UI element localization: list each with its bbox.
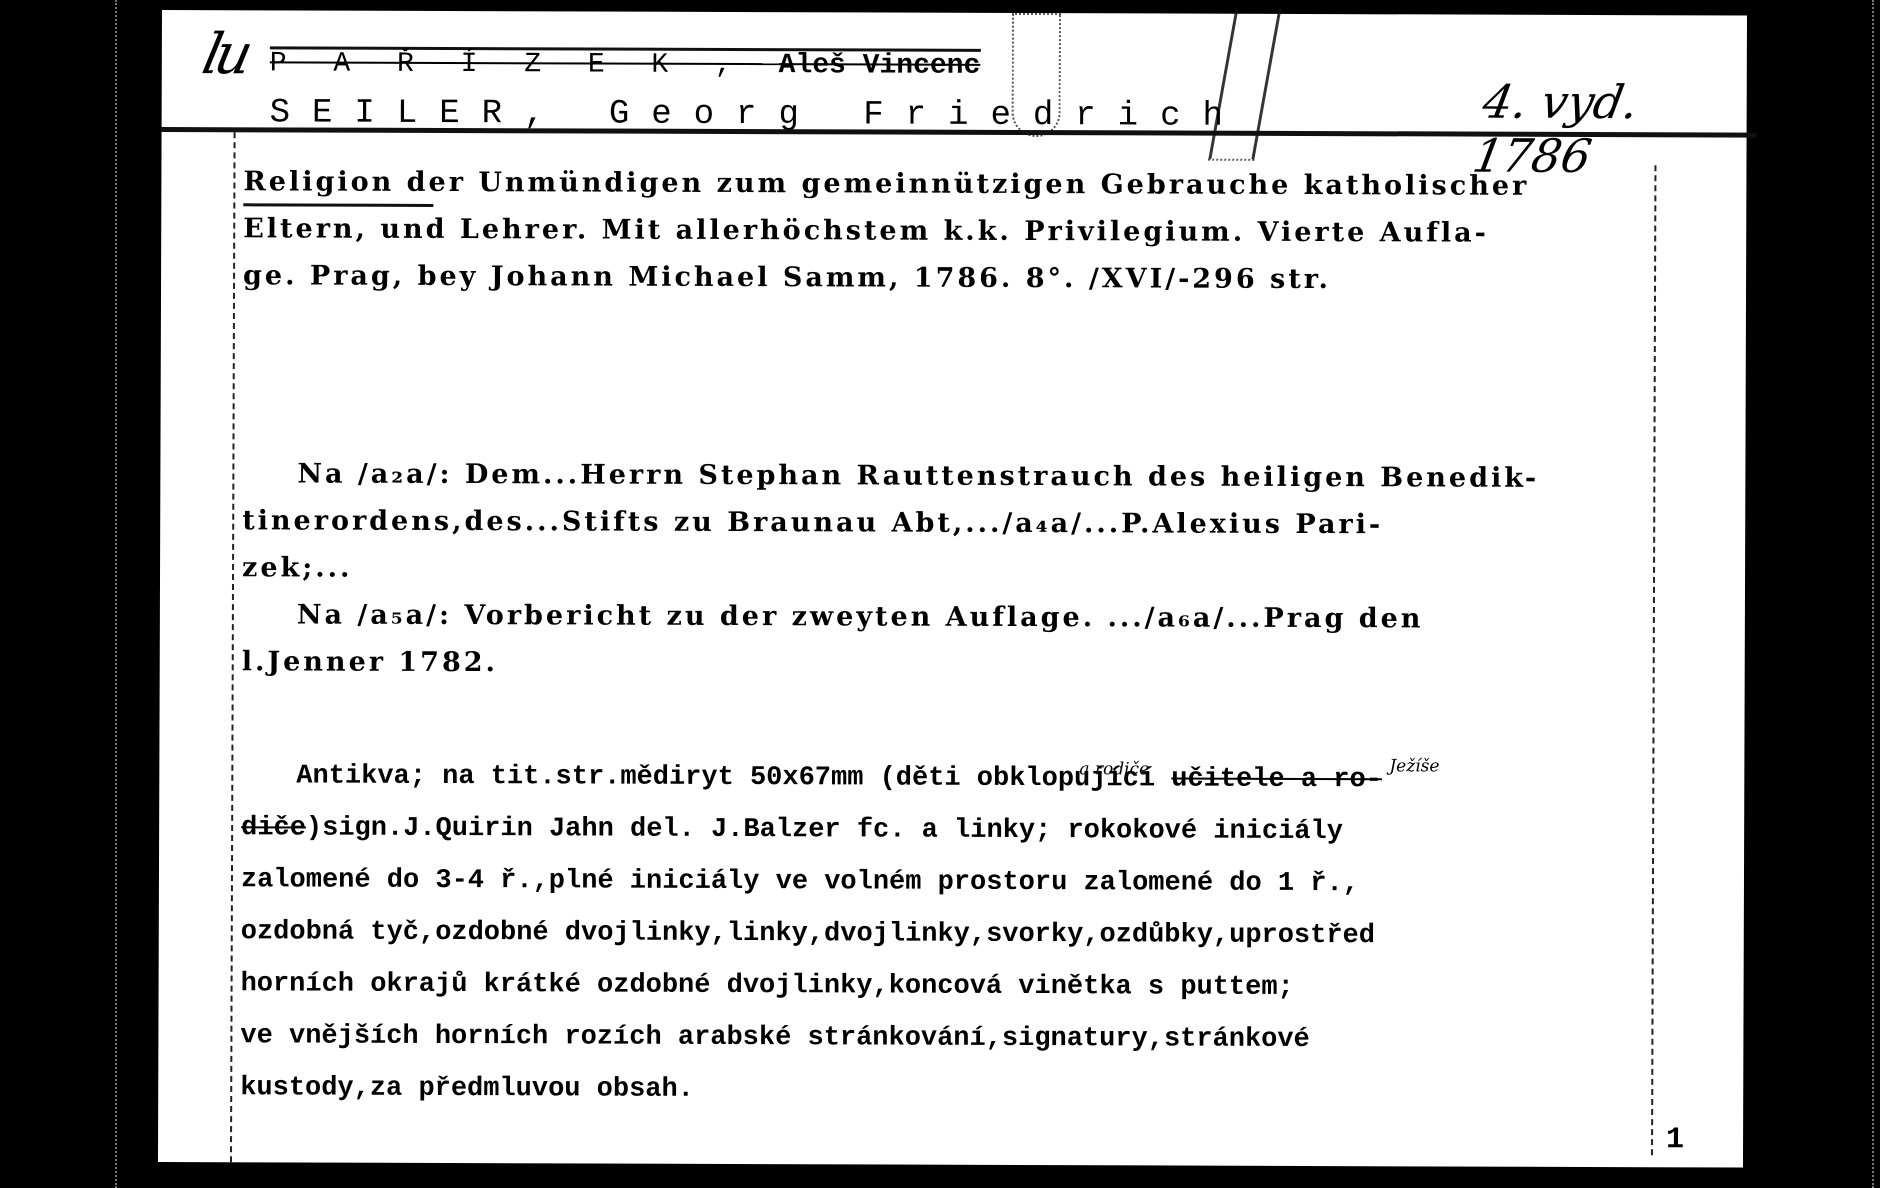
description-line: kustody,za předmluvou obsah. bbox=[240, 1062, 1640, 1119]
film-edge-marks bbox=[115, 0, 119, 1188]
note-line: zek;... bbox=[242, 544, 1642, 596]
description-line: ve vnějších horních rozích arabské strán… bbox=[240, 1010, 1640, 1067]
title-line: Religion der Unmündigen zum gemeinnützig… bbox=[243, 158, 1643, 210]
note-line: tinerordens,des...Stifts zu Braunau Abt,… bbox=[242, 497, 1642, 549]
note-line: l.Jenner 1782. bbox=[242, 638, 1642, 690]
description-line: Antikva; na tit.str.mědiryt 50x67mm (dět… bbox=[241, 750, 1641, 807]
description-line: horních okrajů krátké ozdobné dvojlinky,… bbox=[241, 958, 1641, 1015]
struck-text: diče bbox=[241, 813, 306, 843]
note-line: Na /a₂a/: Dem...Herrn Stephan Rauttenstr… bbox=[242, 450, 1642, 502]
film-edge-marks bbox=[1872, 0, 1876, 1188]
catalog-card: lu P A Ř Í Z E K , Aleš Vincenc SEILER, … bbox=[158, 10, 1747, 1168]
description-line: diče)sign.J.Quirin Jahn del. J.Balzer fc… bbox=[241, 802, 1641, 859]
paperclip-icon bbox=[1208, 9, 1281, 161]
description-line: ozdobná tyč,ozdobné dvojlinky,linky,dvoj… bbox=[241, 906, 1641, 963]
description-text: Antikva; na tit.str.mědiryt 50x67mm (dět… bbox=[296, 761, 1171, 794]
right-margin-line bbox=[1651, 165, 1656, 1155]
card-number: 1 bbox=[1666, 1123, 1684, 1157]
left-margin-line bbox=[230, 132, 236, 1162]
description-text: )sign.J.Quirin Jahn del. J.Balzer fc. a … bbox=[306, 814, 1343, 848]
title-line: Eltern, und Lehrer. Mit allerhöchstem k.… bbox=[243, 205, 1643, 257]
physical-description: Antikva; na tit.str.mědiryt 50x67mm (dět… bbox=[240, 750, 1641, 1119]
struck-author-name: P A Ř Í Z E K , Aleš Vincenc bbox=[270, 46, 981, 81]
handwritten-prefix-mark: lu bbox=[197, 22, 253, 87]
struck-given-name: Aleš Vincenc bbox=[779, 50, 981, 82]
struck-surname: P A Ř Í Z E K , bbox=[270, 48, 747, 81]
title-line: ge. Prag, bey Johann Michael Samm, 1786.… bbox=[243, 252, 1643, 304]
note-line: Na /a₅a/: Vorbericht zu der zweyten Aufl… bbox=[242, 591, 1642, 643]
struck-text: učitele a ro- bbox=[1171, 765, 1382, 796]
dedication-notes: Na /a₂a/: Dem...Herrn Stephan Rauttenstr… bbox=[242, 450, 1643, 690]
description-line: zalomené do 3-4 ř.,plné iniciály ve voln… bbox=[241, 854, 1641, 911]
title-description: Religion der Unmündigen zum gemeinnützig… bbox=[243, 158, 1643, 304]
